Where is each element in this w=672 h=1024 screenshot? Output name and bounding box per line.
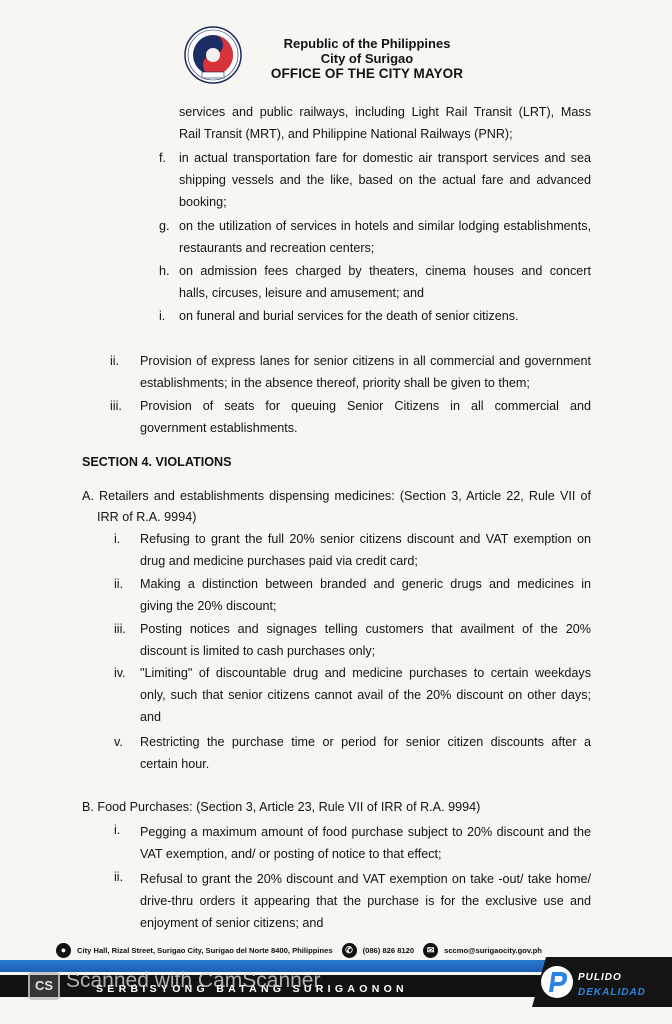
item-text: certain hour.	[140, 756, 209, 772]
item-text: enjoyment of senior citizens; and	[140, 915, 323, 931]
item-text: establishments; in the absence thereof, …	[140, 375, 530, 391]
item-text: Pegging a maximum amount of food purchas…	[140, 824, 591, 840]
document-page: Republic of the Philippines City of Suri…	[0, 0, 672, 1024]
item-text: Restricting the purchase time or period …	[140, 734, 591, 750]
brand-line-2: DEKALIDAD	[578, 987, 646, 998]
item-marker: h.	[159, 263, 170, 279]
continuation-line: Rail Transit (MRT), and Philippine Natio…	[179, 126, 513, 142]
item-marker: f.	[159, 150, 166, 166]
item-text: on admission fees charged by theaters, c…	[179, 263, 591, 279]
city-line: City of Surigao	[262, 51, 472, 66]
pulido-logo-icon	[540, 965, 574, 999]
item-text: Provision of seats for queuing Senior Ci…	[140, 398, 591, 414]
item-text: and	[140, 709, 161, 725]
item-text: booking;	[179, 194, 227, 210]
item-marker: iv.	[114, 665, 126, 681]
item-text: VAT exemption, and/ or posting of notice…	[140, 846, 442, 862]
republic-line: Republic of the Philippines	[262, 36, 472, 51]
item-marker: iii.	[114, 621, 126, 637]
item-marker: ii.	[114, 869, 123, 885]
city-seal-icon	[184, 26, 242, 84]
item-text: Provision of express lanes for senior ci…	[140, 353, 591, 369]
item-marker: i.	[114, 531, 120, 547]
item-text: halls, circuses, leisure and amusement; …	[179, 285, 424, 301]
item-text: giving the 20% discount;	[140, 598, 277, 614]
item-text: on the utilization of services in hotels…	[179, 218, 591, 234]
part-a-title: A. Retailers and establishments dispensi…	[82, 488, 591, 504]
item-marker: v.	[114, 734, 123, 750]
item-text: Refusing to grant the full 20% senior ci…	[140, 531, 591, 547]
item-text: on funeral and burial services for the d…	[179, 308, 519, 324]
item-text: discount is limited to cash purchases on…	[140, 643, 375, 659]
item-text: shipping vessels and the like, based on …	[179, 172, 591, 188]
item-text: restaurants and recreation centers;	[179, 240, 374, 256]
brand-line-1: PULIDO	[578, 972, 622, 983]
item-text: only, such that senior citizens cannot a…	[140, 687, 591, 703]
phone-icon: ✆	[342, 943, 357, 958]
item-marker: g.	[159, 218, 170, 234]
item-text: drug and medicine purchases paid via cre…	[140, 553, 418, 569]
item-text: drive-thru orders it appearing that the …	[140, 893, 591, 909]
item-text: Refusal to grant the 20% discount and VA…	[140, 871, 591, 887]
item-marker: ii.	[110, 353, 119, 369]
item-text: in actual transportation fare for domest…	[179, 150, 591, 166]
item-marker: i.	[114, 822, 120, 838]
phone-text: (086) 826 8120	[363, 946, 415, 955]
footer-contact: ● City Hall, Rizal Street, Surigao City,…	[56, 940, 542, 960]
email-text: sccmo@surigaocity.gov.ph	[444, 946, 542, 955]
camscanner-logo-icon: CS	[28, 972, 60, 1000]
item-text: government establishments.	[140, 420, 298, 436]
item-text: Making a distinction between branded and…	[140, 576, 591, 592]
continuation-line: services and public railways, including …	[179, 104, 591, 120]
email-icon: ✉	[423, 943, 438, 958]
part-a-title: IRR of R.A. 9994)	[97, 509, 196, 525]
address-text: City Hall, Rizal Street, Surigao City, S…	[77, 946, 333, 955]
section-heading: SECTION 4. VIOLATIONS	[82, 455, 232, 469]
office-line: OFFICE OF THE CITY MAYOR	[262, 66, 472, 82]
item-text: "Limiting" of discountable drug and medi…	[140, 665, 591, 681]
camscanner-watermark: Scanned with CamScanner	[66, 969, 320, 993]
part-b-title: B. Food Purchases: (Section 3, Article 2…	[82, 799, 480, 815]
letterhead: Republic of the Philippines City of Suri…	[0, 12, 672, 74]
item-text: Posting notices and signages telling cus…	[140, 621, 591, 637]
location-pin-icon: ●	[56, 943, 71, 958]
item-marker: i.	[159, 308, 165, 324]
item-marker: ii.	[114, 576, 123, 592]
item-marker: iii.	[110, 398, 122, 414]
